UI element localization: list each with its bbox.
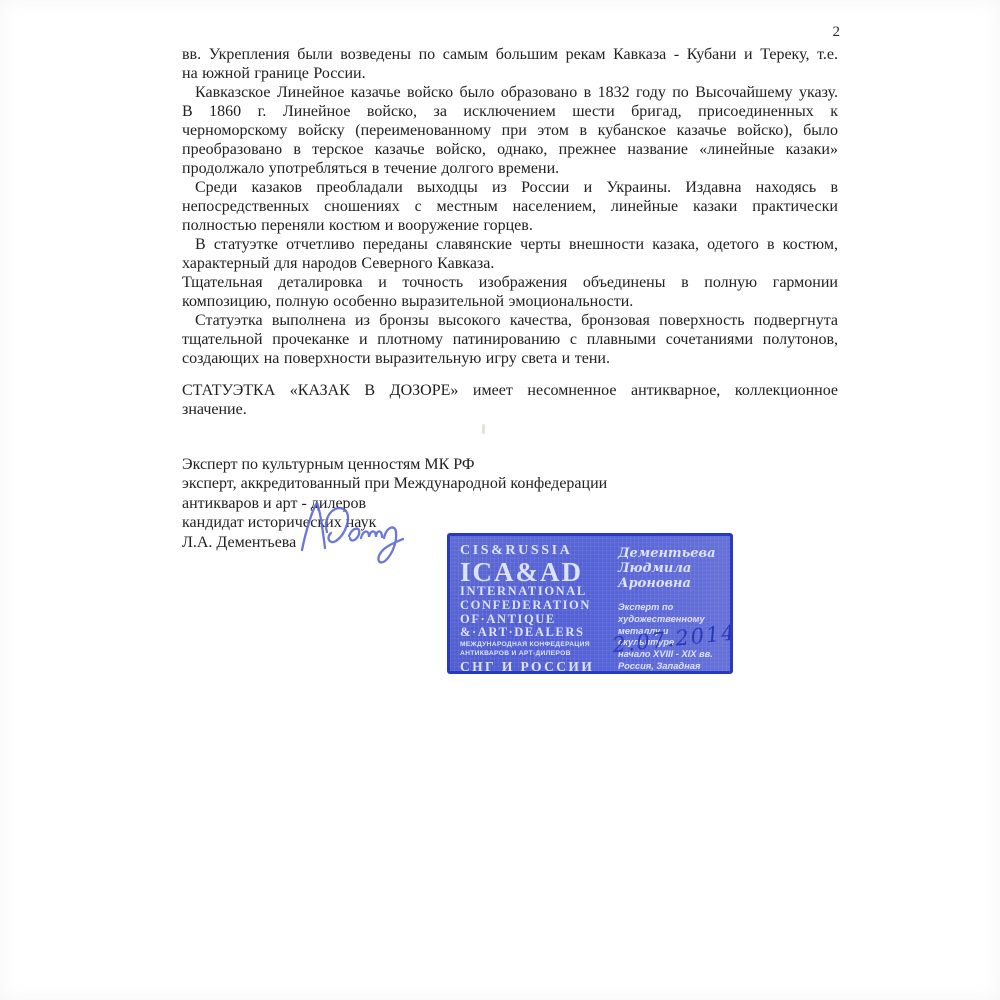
stamp-org-en-line: OF·ANTIQUE [460, 613, 556, 627]
conclusion-line: значение. [182, 400, 838, 419]
stamp-left-column: CIS&RUSSIA ICA&AD INTERNATIONAL CONFEDER… [450, 536, 608, 671]
stamp-org-en-line: INTERNATIONAL [460, 585, 587, 599]
stamp-specialty-line: Россия, Западная Европа [618, 661, 724, 674]
spacer [182, 368, 838, 381]
document-body: вв. Укрепления были возведены по самым б… [182, 45, 838, 552]
stamp-org-en-line: &·ART·DEALERS [460, 626, 585, 640]
conclusion-line: СТАТУЭТКА «КАЗАК В ДОЗОРЕ» имеет несомне… [182, 381, 838, 400]
body-line: непосредственных сношениях с местным нас… [182, 197, 838, 216]
body-line: полностью переняли костюм и вооружение г… [182, 216, 838, 235]
signer-title-line: антикваров и арт - дилеров [182, 494, 838, 513]
body-line: продолжало употребляться в течение долго… [182, 159, 838, 178]
stamp-specialty-line: Эксперт по художественному [618, 602, 724, 626]
stamp-expert-givenname: Людмила Ароновна [618, 561, 724, 591]
body-line: Среди казаков преобладали выходцы из Рос… [182, 178, 838, 197]
body-line: преобразовано в терское казачье войско, … [182, 140, 838, 159]
body-line: тщательной прочеканке и плотному патинир… [182, 330, 838, 349]
signer-title-line: Эксперт по культурным ценностям МК РФ [182, 455, 838, 474]
spacer [182, 419, 838, 455]
signer-title-line: эксперт, аккредитованный при Международн… [182, 474, 838, 493]
body-line: В статуэтке отчетливо переданы славянски… [182, 235, 838, 254]
body-line: В 1860 г. Линейное войско, за исключение… [182, 102, 838, 121]
signer-title-line: кандидат исторических наук [182, 513, 838, 532]
body-line: вв. Укрепления были возведены по самым б… [182, 45, 838, 64]
page-number: 2 [808, 24, 840, 41]
body-line: создающих на поверхности выразительную и… [182, 349, 838, 368]
stamp-right-column: Дементьева Людмила Ароновна Эксперт по х… [608, 536, 730, 671]
body-line: композицию, полную особенно выразительно… [182, 292, 838, 311]
body-line: на южной границе России. [182, 64, 838, 83]
body-line: черноморскому войску (переименованному п… [182, 121, 838, 140]
body-line: характерный для народов Северного Кавказ… [182, 254, 838, 273]
stamp-org-acronym: ICA&AD [460, 559, 583, 585]
stamp-org-ru-line: МЕЖДУНАРОДНАЯ КОНФЕДЕРАЦИЯ [460, 641, 590, 649]
body-line: Статуэтка выполнена из бронзы высокого к… [182, 311, 838, 330]
stamp-org-ru-region: СНГ И РОССИИ [460, 659, 594, 674]
body-line: Кавказское Линейное казачье войско было … [182, 83, 838, 102]
stamp-org-en-line: CONFEDERATION [460, 599, 591, 613]
stamp-org-ru-line: АНТИКВАРОВ И АРТ-ДИЛЕРОВ [460, 650, 571, 658]
expert-confederation-stamp: CIS&RUSSIA ICA&AD INTERNATIONAL CONFEDER… [447, 533, 733, 674]
body-line: Тщательная деталировка и точность изобра… [182, 273, 838, 292]
scan-artifact-mark [482, 424, 485, 434]
stamp-expert-surname: Дементьева [618, 546, 724, 561]
handwritten-signature [296, 496, 421, 568]
